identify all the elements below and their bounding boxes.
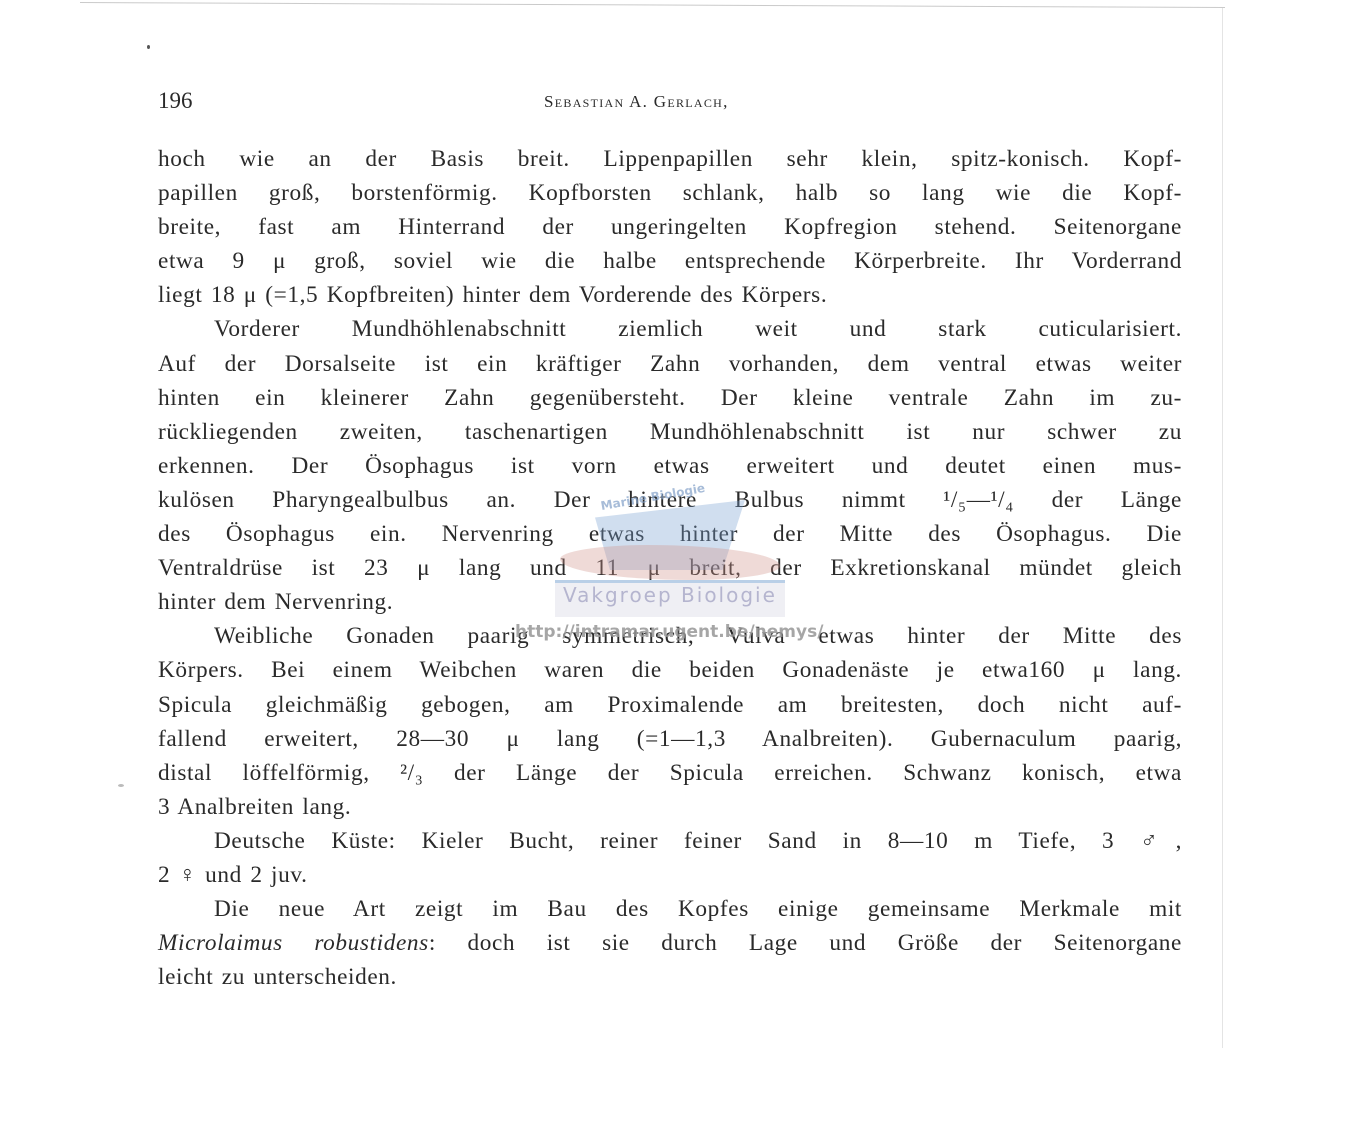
text-line: 2 ♀ und 2 juv.	[158, 858, 1182, 892]
body-text: hoch wie an der Basis breit. Lippenpapil…	[158, 142, 1182, 994]
scan-edge-right	[1222, 8, 1223, 1048]
paragraph-locality: Deutsche Küste: Kieler Bucht, reiner fei…	[158, 824, 1182, 892]
text-line-species-name: Microlaimus robustidens: doch ist sie du…	[158, 926, 1182, 960]
text-line: hinter dem Nervenring.	[158, 585, 1182, 619]
text-line: breite, fast am Hinterrand der ungeringe…	[158, 210, 1182, 244]
text-line: Deutsche Küste: Kieler Bucht, reiner fei…	[158, 824, 1182, 858]
text-line: distal löffelförmig, ²/₃ der Länge der S…	[158, 756, 1182, 790]
text-line-rest: : doch ist sie durch Lage und Größe der …	[429, 930, 1182, 956]
scan-edge-top	[80, 2, 1225, 11]
paragraph-description-head: hoch wie an der Basis breit. Lippenpapil…	[158, 142, 1182, 312]
running-head-author: Sebastian A. Gerlach,	[544, 92, 729, 112]
text-line: fallend erweitert, 28—30 μ lang (=1—1,3 …	[158, 722, 1182, 756]
text-line: papillen groß, borstenförmig. Kopfborste…	[158, 176, 1182, 210]
text-line: leicht zu unterscheiden.	[158, 960, 1182, 994]
text-line: erkennen. Der Ösophagus ist vorn etwas e…	[158, 449, 1182, 483]
text-line: Weibliche Gonaden paarig symmetrisch, Vu…	[158, 619, 1182, 653]
text-line: Körpers. Bei einem Weibchen waren die be…	[158, 653, 1182, 687]
text-line: Die neue Art zeigt im Bau des Kopfes ein…	[158, 892, 1182, 926]
text-line: liegt 18 μ (=1,5 Kopfbreiten) hinter dem…	[158, 278, 1182, 312]
page-number: 196	[158, 88, 193, 114]
text-line: hoch wie an der Basis breit. Lippenpapil…	[158, 142, 1182, 176]
paragraph-mouth-cavity: Vorderer Mundhöhlenabschnitt ziemlich we…	[158, 312, 1182, 619]
text-line: Auf der Dorsalseite ist ein kräftiger Za…	[158, 347, 1182, 381]
text-line: kulösen Pharyngealbulbus an. Der hintere…	[158, 483, 1182, 517]
text-line: des Ösophagus ein. Nervenring etwas hint…	[158, 517, 1182, 551]
text-line: 3 Analbreiten lang.	[158, 790, 1182, 824]
document-page: 196 Sebastian A. Gerlach, hoch wie an de…	[158, 82, 1182, 122]
paragraph-comparison: Die neue Art zeigt im Bau des Kopfes ein…	[158, 892, 1182, 994]
page-header: 196 Sebastian A. Gerlach,	[158, 82, 1182, 122]
species-name-italic: Microlaimus robustidens	[158, 930, 429, 956]
paragraph-gonads: Weibliche Gonaden paarig symmetrisch, Vu…	[158, 619, 1182, 824]
text-line: Ventraldrüse ist 23 μ lang und 11 μ brei…	[158, 551, 1182, 585]
text-line: etwa 9 μ groß, soviel wie die halbe ents…	[158, 244, 1182, 278]
text-line: hinten ein kleinerer Zahn gegenübersteht…	[158, 381, 1182, 415]
scan-speck	[147, 45, 150, 49]
text-line: Spicula gleichmäßig gebogen, am Proximal…	[158, 688, 1182, 722]
scan-speck	[118, 784, 124, 787]
text-line: rückliegenden zweiten, taschenartigen Mu…	[158, 415, 1182, 449]
text-line: Vorderer Mundhöhlenabschnitt ziemlich we…	[158, 312, 1182, 346]
